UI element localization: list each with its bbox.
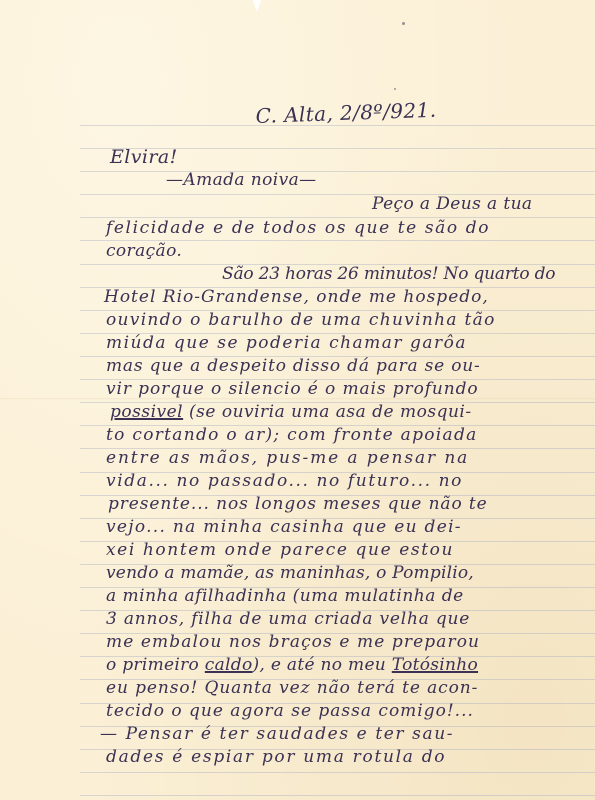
letter-page: C. Alta, 2/8º/921. Elvira! —Amada noiva—… <box>0 0 595 800</box>
body-line: — Pensar é ter saudades e ter sau- <box>100 724 454 744</box>
body-line: Peço a Deus a tua <box>372 194 532 214</box>
body-line: 3 annos, filha de uma criada velha que <box>106 609 470 629</box>
body-line: felicidade e de todos os que te são do <box>106 218 490 238</box>
body-line: a minha afilhadinha (uma mulatinha de <box>106 586 464 606</box>
body-line: miúda que se poderia chamar garôa <box>106 333 467 353</box>
body-line: eu penso! Quanta vez não terá te acon- <box>106 678 478 698</box>
body-line: mas que a despeito disso dá para se ou- <box>106 356 481 376</box>
body-line: tecido o que agora se passa comigo!... <box>106 701 474 721</box>
rule-line <box>80 795 595 796</box>
body-line: entre as mãos, pus-me a pensar na <box>106 448 469 468</box>
body-line-part: o primeiro <box>106 655 205 675</box>
body-line: xei hontem onde parece que estou <box>106 540 454 560</box>
body-line-part: ), e até no meu <box>253 655 392 675</box>
rule-line <box>80 772 595 773</box>
body-line: vida... no passado... no futuro... no <box>106 471 463 491</box>
ink-spot <box>394 88 396 90</box>
rule-line <box>80 171 595 172</box>
body-line: to cortando o ar); com fronte apoiada <box>106 425 478 445</box>
body-line: São 23 horas 26 minutos! No quarto do <box>222 264 555 284</box>
subsalutation: —Amada noiva— <box>166 170 317 190</box>
underlined-word: caldo <box>205 655 253 675</box>
body-line: o primeiro caldo), e até no meu Totósinh… <box>106 655 478 675</box>
body-line: me embalou nos braços e me preparou <box>106 632 480 652</box>
body-line: possivel (se ouviria uma asa de mosqui- <box>110 402 472 422</box>
salutation: Elvira! <box>110 146 178 168</box>
ink-spot <box>402 22 405 25</box>
body-line-rest: (se ouviria uma asa de mosqui- <box>183 402 472 422</box>
body-line: vendo a mamãe, as maninhas, o Pompilio, <box>106 563 474 583</box>
body-line: vejo... na minha casinha que eu dei- <box>106 517 462 537</box>
underlined-word: possivel <box>110 402 183 422</box>
body-line: presente... nos longos meses que não te <box>108 494 488 514</box>
body-line: Hotel Rio-Grandense, onde me hospedo, <box>104 287 489 307</box>
body-line: coração. <box>106 241 182 261</box>
body-line: dades é espiar por uma rotula do <box>106 747 446 767</box>
body-line: vir porque o silencio é o mais profundo <box>106 379 479 399</box>
underlined-word: Totósinho <box>392 655 478 675</box>
body-line: ouvindo o barulho de uma chuvinha tão <box>106 310 496 330</box>
